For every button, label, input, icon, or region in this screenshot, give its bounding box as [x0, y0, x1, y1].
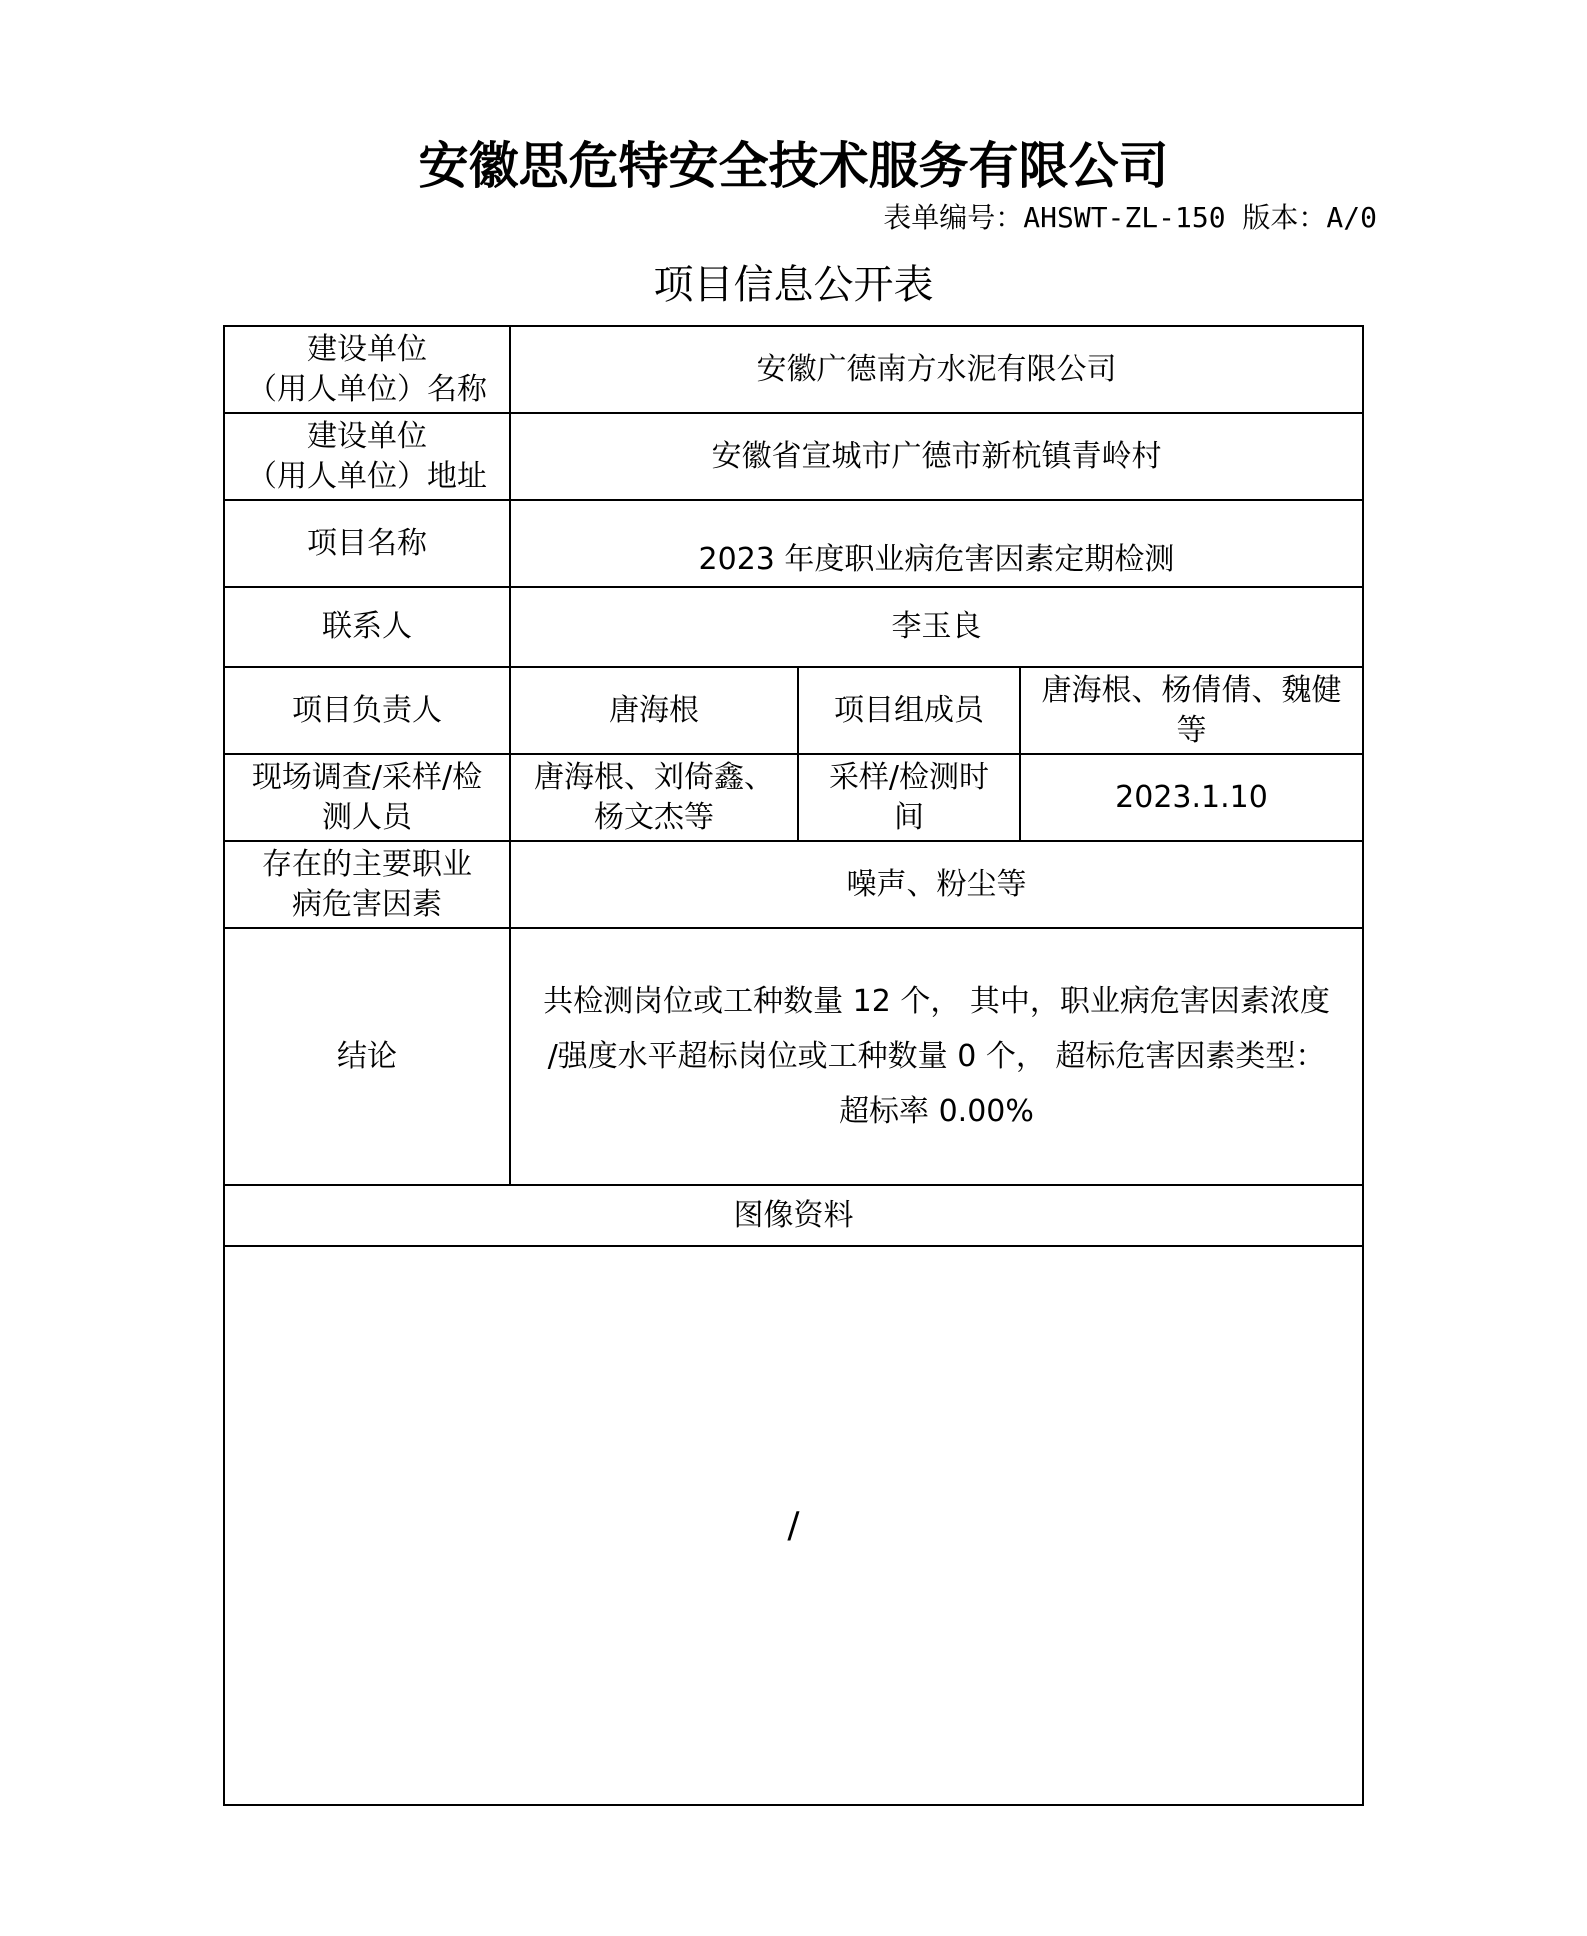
survey-row: 现场调查/采样/检 测人员 唐海根、刘倚鑫、 杨文杰等 采样/检测时 间 202… — [225, 755, 1362, 842]
project-info-table: 建设单位 （用人单位）名称 安徽广德南方水泥有限公司 建设单位 （用人单位）地址… — [223, 325, 1364, 1806]
hazards-label: 存在的主要职业 病危害因素 — [225, 842, 511, 927]
survey-staff-label: 现场调查/采样/检 测人员 — [225, 755, 511, 840]
unit-name-label: 建设单位 （用人单位）名称 — [225, 327, 511, 412]
sampling-time-value: 2023.1.10 — [1021, 755, 1362, 840]
unit-address-row: 建设单位 （用人单位）地址 安徽省宣城市广德市新杭镇青岭村 — [225, 414, 1362, 501]
leader-label: 项目负责人 — [225, 668, 511, 753]
image-header-row: 图像资料 — [225, 1186, 1362, 1247]
unit-address-label: 建设单位 （用人单位）地址 — [225, 414, 511, 499]
contact-value: 李玉良 — [511, 588, 1362, 666]
conclusion-value: 共检测岗位或工种数量 12 个， 其中，职业病危害因素浓度 /强度水平超标岗位或… — [511, 929, 1362, 1184]
hazards-row: 存在的主要职业 病危害因素 噪声、粉尘等 — [225, 842, 1362, 929]
leader-row: 项目负责人 唐海根 项目组成员 唐海根、杨倩倩、魏健 等 — [225, 668, 1362, 755]
sampling-time-label: 采样/检测时 间 — [799, 755, 1021, 840]
unit-address-value: 安徽省宣城市广德市新杭镇青岭村 — [511, 414, 1362, 499]
unit-name-value: 安徽广德南方水泥有限公司 — [511, 327, 1362, 412]
project-name-label: 项目名称 — [225, 501, 511, 586]
image-section-content: / — [225, 1247, 1362, 1804]
document-page: 安徽思危特安全技术服务有限公司 表单编号：AHSWT-ZL-150 版本：A/0… — [0, 0, 1587, 1936]
project-name-row: 项目名称 2023 年度职业病危害因素定期检测 — [225, 501, 1362, 588]
contact-row: 联系人 李玉良 — [225, 588, 1362, 668]
project-name-value: 2023 年度职业病危害因素定期检测 — [511, 501, 1362, 586]
team-members-label: 项目组成员 — [799, 668, 1021, 753]
leader-value: 唐海根 — [511, 668, 799, 753]
unit-name-row: 建设单位 （用人单位）名称 安徽广德南方水泥有限公司 — [225, 327, 1362, 414]
form-title: 项目信息公开表 — [225, 260, 1362, 310]
hazards-value: 噪声、粉尘等 — [511, 842, 1362, 927]
team-members-value: 唐海根、杨倩倩、魏健 等 — [1021, 668, 1362, 753]
conclusion-row: 结论 共检测岗位或工种数量 12 个， 其中，职业病危害因素浓度 /强度水平超标… — [225, 929, 1362, 1186]
image-section-header: 图像资料 — [225, 1186, 1362, 1245]
company-title: 安徽思危特安全技术服务有限公司 — [225, 136, 1362, 196]
image-content-row: / — [225, 1247, 1362, 1804]
conclusion-label: 结论 — [225, 929, 511, 1184]
form-code-line: 表单编号：AHSWT-ZL-150 版本：A/0 — [225, 198, 1377, 238]
survey-staff-value: 唐海根、刘倚鑫、 杨文杰等 — [511, 755, 799, 840]
contact-label: 联系人 — [225, 588, 511, 666]
